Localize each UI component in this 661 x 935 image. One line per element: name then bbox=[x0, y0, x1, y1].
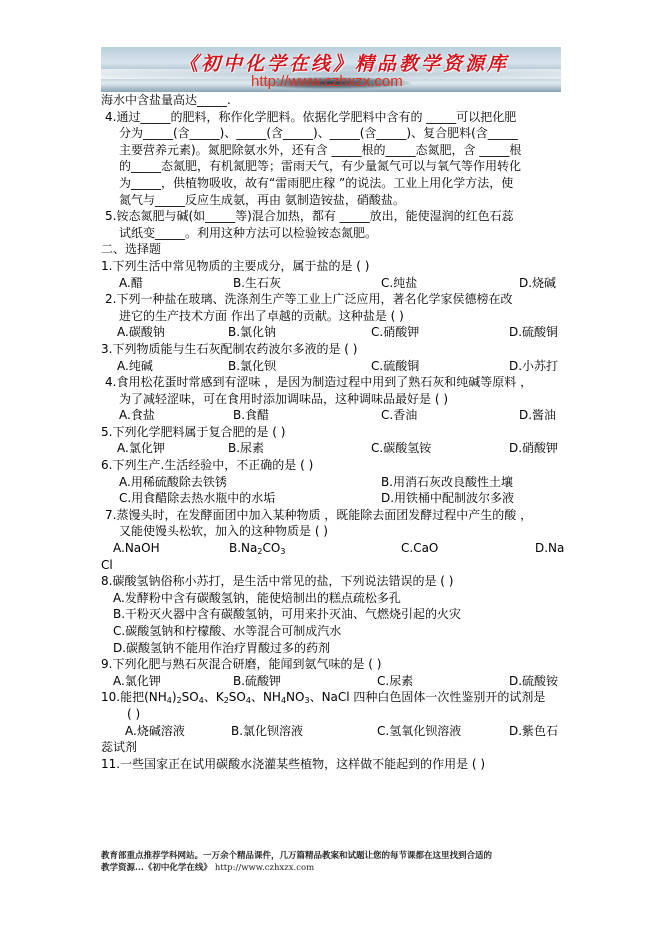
stem-prefix: 10.能把 bbox=[101, 690, 144, 704]
fill-q4-line: 主要营养元素)。氮肥除氨水外，还有含 _____根的_____态氮肥，含 ___… bbox=[101, 142, 563, 159]
footer-text-2: 教学资源...《初中化学在线》 bbox=[101, 863, 212, 873]
question-11: 11.一些国家正在试用碳酸水浇灌某些植物，这样做不能起到的作用是 ( ) bbox=[101, 756, 563, 773]
question-9: 9.下列化肥与熟石灰混合研磨，能闻到氨气味的是 ( ) A.氯化钾 B.硫酸钾 … bbox=[101, 656, 563, 689]
option-b: B.氯化钡 bbox=[228, 358, 276, 375]
fill-question-4: 4.通过_____的肥料，称作化学肥料。依据化学肥料中含有的 _____可以把化… bbox=[101, 109, 563, 209]
option-c: C.尿素 bbox=[377, 673, 413, 690]
option-a: A.用稀硫酸除去铁锈 bbox=[119, 474, 227, 491]
option-c: C.硝酸钾 bbox=[371, 324, 419, 341]
option-a: A.烧碱溶液 bbox=[125, 723, 185, 740]
option-b: B.氯化钡溶液 bbox=[231, 723, 303, 740]
fill-q5-line: 试纸变_____。利用这种方法可以检验铵态氮肥。 bbox=[101, 225, 563, 242]
option-b: B.尿素 bbox=[228, 440, 264, 457]
option-c: C.香油 bbox=[381, 407, 417, 424]
option-a: A.氯化钾 bbox=[113, 673, 161, 690]
fill-q4-line: 4.通过_____的肥料，称作化学肥料。依据化学肥料中含有的 _____可以把化… bbox=[101, 109, 563, 126]
worksheet-body: 海水中含盐量高达_____. 4.通过_____的肥料，称作化学肥料。依据化学肥… bbox=[101, 92, 563, 772]
question-stem: 7.蒸馒头时，在发酵面团中加入某种物质 ，既能除去面团发酵过程中产生的酸 ， bbox=[101, 507, 563, 524]
option-c: C.碳酸氢钠和柠檬酸、水等混合可制成汽水 bbox=[101, 623, 563, 640]
question-stem: 又能使馒头松软，加入的这种物质是 ( ) bbox=[101, 523, 563, 540]
option-a: A.纯碱 bbox=[117, 358, 153, 375]
question-5: 5.下列化学肥料属于复合肥的是 ( ) A.氯化钾 B.尿素 C.碳酸氢铵 D.… bbox=[101, 424, 563, 457]
option-d: D.小苏打 bbox=[509, 358, 558, 375]
option-a: A.发酵粉中含有碳酸氢钠，能使焙制出的糕点疏松多孔 bbox=[101, 590, 563, 607]
option-b: B.Na2CO3 bbox=[229, 540, 285, 557]
question-6: 6.下列生产.生活经验中，不正确的是 ( ) A.用稀硫酸除去铁锈 B.用消石灰… bbox=[101, 457, 563, 507]
option-b: B.用消石灰改良酸性土壤 bbox=[381, 474, 513, 491]
option-d: D.酱油 bbox=[519, 407, 556, 424]
question-3: 3.下列物质能与生石灰配制农药波尔多液的是 ( ) A.纯碱 B.氯化钡 C.硫… bbox=[101, 341, 563, 374]
fill-q3-tail: 海水中含盐量高达_____. bbox=[101, 92, 563, 109]
options-row: A.烧碱溶液 B.氯化钡溶液 C.氢氧化钡溶液 D.紫色石 bbox=[101, 723, 563, 740]
fill-q5-line: 5.铵态氮肥与碱(如_____等)混合加热，都有 _____放出，能使湿润的红色… bbox=[101, 208, 563, 225]
options-row: C.用食醋除去热水瓶中的水垢 D.用铁桶中配制波尔多液 bbox=[101, 490, 563, 507]
options-row: A.纯碱 B.氯化钡 C.硫酸铜 D.小苏打 bbox=[101, 358, 563, 375]
options-row: A.碳酸钠 B.氯化钠 C.硝酸钾 D.硫酸铜 bbox=[101, 324, 563, 341]
fill-q4-line: 氮气与_____反应生成氨，再由 氨制造铵盐，硝酸盐。 bbox=[101, 192, 563, 209]
question-10: 10.能把(NH4)2SO4、K2SO4、NH4NO3、NaCl 四种白色固体一… bbox=[101, 689, 563, 755]
option-c: C.氢氧化钡溶液 bbox=[377, 723, 461, 740]
footer-line-1: 教育部重点推荐学科网站。一万余个精品课件，几万篇精品教案和试题让您的每节课都在这… bbox=[101, 850, 563, 862]
question-stem: 3.下列物质能与生石灰配制农药波尔多液的是 ( ) bbox=[101, 341, 563, 358]
option-d: D.Na bbox=[535, 540, 564, 557]
question-stem: 5.下列化学肥料属于复合肥的是 ( ) bbox=[101, 424, 563, 441]
option-d: D.烧碱 bbox=[519, 275, 556, 292]
option-d: D.碳酸氢钠不能用作治疗胃酸过多的药剂 bbox=[101, 640, 563, 657]
banner-title: 《初中化学在线》精品教学资源库 bbox=[179, 49, 509, 76]
question-stem: 2.下列一种盐在玻璃、洗涤剂生产等工业上广泛应用，著名化学家侯德榜在改 bbox=[101, 291, 563, 308]
question-stem: 4.食用松花蛋时常感到有涩味 ，是因为制造过程中用到了熟石灰和纯碱等原料 ， bbox=[101, 374, 563, 391]
question-4: 4.食用松花蛋时常感到有涩味 ，是因为制造过程中用到了熟石灰和纯碱等原料 ， 为… bbox=[101, 374, 563, 424]
options-row: A.食盐 B.食醋 C.香油 D.酱油 bbox=[101, 407, 563, 424]
option-d-wrap: 蕊试剂 bbox=[101, 739, 563, 756]
option-d: D.用铁桶中配制波尔多液 bbox=[381, 490, 514, 507]
fill-q4-line: 为_____，供植物吸收，故有“雷雨肥庄稼 ”的说法。工业上用化学方法，使 bbox=[101, 175, 563, 192]
fill-question-5: 5.铵态氮肥与碱(如_____等)混合加热，都有 _____放出，能使湿润的红色… bbox=[101, 208, 563, 241]
options-row: A.NaOH B.Na2CO3 C.CaO D.Na bbox=[101, 540, 563, 557]
options-row: A.氯化钾 B.尿素 C.碳酸氢铵 D.硝酸钾 bbox=[101, 440, 563, 457]
header-banner: 《初中化学在线》精品教学资源库 http://www.czhxzx.com bbox=[101, 47, 561, 92]
option-b: B.食醋 bbox=[233, 407, 269, 424]
option-a: A.氯化钾 bbox=[117, 440, 165, 457]
option-a: A.碳酸钠 bbox=[117, 324, 165, 341]
question-stem: 1.下列生活中常见物质的主要成分，属于盐的是 ( ) bbox=[101, 258, 563, 275]
option-a: A.NaOH bbox=[113, 540, 160, 557]
question-stem: 为了减轻涩味，可在食用时添加调味品，这种调味品最好是 ( ) bbox=[101, 391, 563, 408]
option-b: B.硫酸钾 bbox=[233, 673, 281, 690]
question-stem: 11.一些国家正在试用碳酸水浇灌某些植物，这样做不能起到的作用是 ( ) bbox=[101, 756, 563, 773]
option-c: C.硫酸铜 bbox=[371, 358, 419, 375]
fill-q4-line: 的_____态氮肥，有机氮肥等；雷雨天气，有少量氮气可以与氧气等作用转化 bbox=[101, 158, 563, 175]
option-b: B.氯化钠 bbox=[228, 324, 276, 341]
option-c: C.碳酸氢铵 bbox=[371, 440, 431, 457]
options-row: A.用稀硫酸除去铁锈 B.用消石灰改良酸性土壤 bbox=[101, 474, 563, 491]
option-c: C.用食醋除去热水瓶中的水垢 bbox=[119, 490, 275, 507]
question-stem: 10.能把(NH4)2SO4、K2SO4、NH4NO3、NaCl 四种白色固体一… bbox=[101, 689, 563, 706]
section-title: 二、选择题 bbox=[101, 241, 563, 258]
question-stem: 9.下列化肥与熟石灰混合研磨，能闻到氨气味的是 ( ) bbox=[101, 656, 563, 673]
option-b: B.干粉灭火器中含有碳酸氢钠，可用来扑灭油、气燃烧引起的火灾 bbox=[101, 606, 563, 623]
question-stem: 进它的生产技术方面 作出了卓越的贡献。这种盐是 ( ) bbox=[101, 308, 563, 325]
question-stem: 8.碳酸氢钠俗称小苏打，是生活中常见的盐，下列说法错误的是 ( ) bbox=[101, 573, 563, 590]
option-c: C.纯盐 bbox=[381, 275, 417, 292]
answer-paren: ( ) bbox=[101, 706, 563, 723]
option-d-wrap: Cl bbox=[101, 557, 563, 574]
footer-line-2: 教学资源...《初中化学在线》 http://www.czhxzx.com bbox=[101, 862, 563, 874]
question-1: 1.下列生活中常见物质的主要成分，属于盐的是 ( ) A.醋 B.生石灰 C.纯… bbox=[101, 258, 563, 291]
option-d: D.硫酸铜 bbox=[509, 324, 558, 341]
option-b: B.生石灰 bbox=[233, 275, 281, 292]
banner-url[interactable]: http://www.czhxzx.com bbox=[251, 73, 403, 90]
option-d: D.硝酸钾 bbox=[509, 440, 558, 457]
option-a: A.食盐 bbox=[119, 407, 155, 424]
option-c: C.CaO bbox=[401, 540, 438, 557]
question-7: 7.蒸馒头时，在发酵面团中加入某种物质 ，既能除去面团发酵过程中产生的酸 ， 又… bbox=[101, 507, 563, 573]
question-stem: 6.下列生产.生活经验中，不正确的是 ( ) bbox=[101, 457, 563, 474]
fill-q4-line: 分为_____(含_____)、_____(含_____)、_____(含___… bbox=[101, 125, 563, 142]
option-d: D.硫酸铵 bbox=[509, 673, 558, 690]
footer-url-link[interactable]: http://www.czhxzx.com bbox=[215, 863, 314, 873]
option-a: A.醋 bbox=[119, 275, 143, 292]
options-row: A.醋 B.生石灰 C.纯盐 D.烧碱 bbox=[101, 275, 563, 292]
question-2: 2.下列一种盐在玻璃、洗涤剂生产等工业上广泛应用，著名化学家侯德榜在改 进它的生… bbox=[101, 291, 563, 341]
option-d: D.紫色石 bbox=[509, 723, 558, 740]
stem-suffix: 四种白色固体一次性鉴别开的试剂是 bbox=[353, 690, 545, 704]
question-8: 8.碳酸氢钠俗称小苏打，是生活中常见的盐，下列说法错误的是 ( ) A.发酵粉中… bbox=[101, 573, 563, 656]
options-row: A.氯化钾 B.硫酸钾 C.尿素 D.硫酸铵 bbox=[101, 673, 563, 690]
page-footer: 教育部重点推荐学科网站。一万余个精品课件，几万篇精品教案和试题让您的每节课都在这… bbox=[101, 850, 563, 874]
